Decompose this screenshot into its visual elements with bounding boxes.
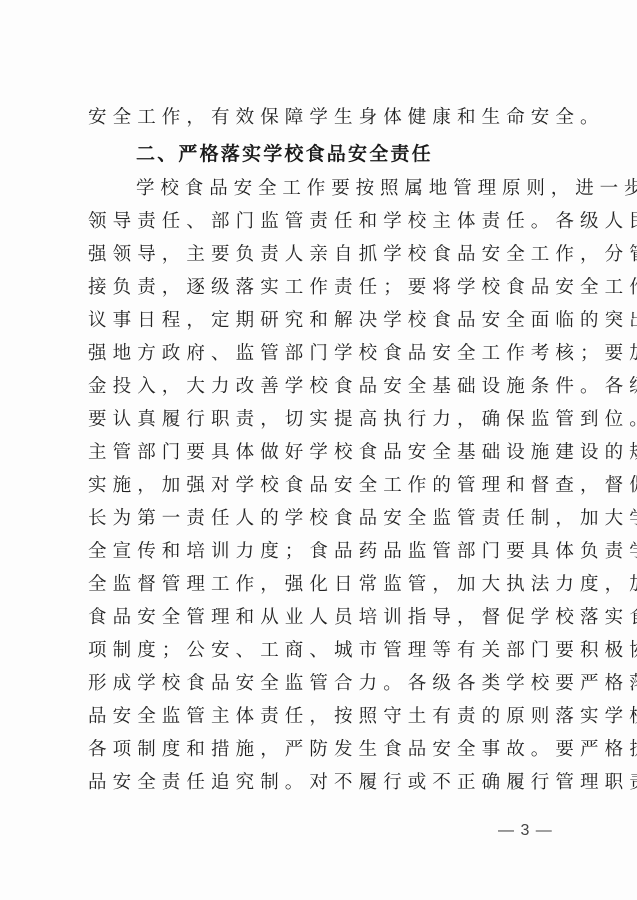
body-text-line: 实施，加强对学校食品安全工作的管理和督查，督促落实以校 bbox=[88, 471, 568, 501]
section-heading: 二、严格落实学校食品安全责任 bbox=[136, 139, 616, 169]
document-page: 安全工作，有效保障学生身体健康和生命安全。 二、严格落实学校食品安全责任 学校食… bbox=[0, 0, 637, 900]
body-text-line: 品安全责任追究制。对不履行或不正确履行管理职责，导致学 bbox=[88, 768, 568, 798]
body-text-line: 项制度；公安、工商、城市管理等有关部门要积极协同配合， bbox=[88, 636, 568, 666]
body-text-line: 全监督管理工作，强化日常监管，加大执法力度，加强对学校 bbox=[88, 570, 568, 600]
body-text-line: 议事日程，定期研究和解决学校食品安全面临的突出问题，加 bbox=[88, 306, 568, 336]
body-text-line: 主管部门要具体做好学校食品安全基础设施建设的规划和组织 bbox=[88, 438, 568, 468]
body-text-line: 长为第一责任人的学校食品安全监管责任制，加大学校食品安 bbox=[88, 504, 568, 534]
body-text-line: 全宣传和培训力度；食品药品监管部门要具体负责学校食品安 bbox=[88, 537, 568, 567]
body-text-line: 领导责任、部门监管责任和学校主体责任。各级人民政府要加 bbox=[88, 207, 568, 237]
body-text-line: 强领导，主要负责人亲自抓学校食品安全工作，分管负责人直 bbox=[88, 240, 568, 270]
body-text-line: 各项制度和措施，严防发生食品安全事故。要严格执行学校食 bbox=[88, 735, 568, 765]
body-text-line: 要认真履行职责，切实提高执行力，确保监管到位。教育行政 bbox=[88, 405, 568, 435]
page-number: — 3 — bbox=[498, 822, 553, 840]
body-text-line: 金投入，大力改善学校食品安全基础设施条件。各级监管部门 bbox=[88, 372, 568, 402]
body-text-line: 品安全监管主体责任，按照守土有责的原则落实学校食品安全 bbox=[88, 702, 568, 732]
body-text-line: 强地方政府、监管部门学校食品安全工作考核；要加大财政资 bbox=[88, 339, 568, 369]
body-text-line: 学校食品安全工作要按照属地管理原则，进一步落实政府 bbox=[136, 174, 568, 204]
body-text-line: 接负责，逐级落实工作责任；要将学校食品安全工作摆上重要 bbox=[88, 273, 568, 303]
body-text-line: 安全工作，有效保障学生身体健康和生命安全。 bbox=[88, 103, 568, 133]
body-text-line: 形成学校食品安全监管合力。各级各类学校要严格落实学校食 bbox=[88, 669, 568, 699]
body-text-line: 食品安全管理和从业人员培训指导，督促学校落实食品安全各 bbox=[88, 603, 568, 633]
